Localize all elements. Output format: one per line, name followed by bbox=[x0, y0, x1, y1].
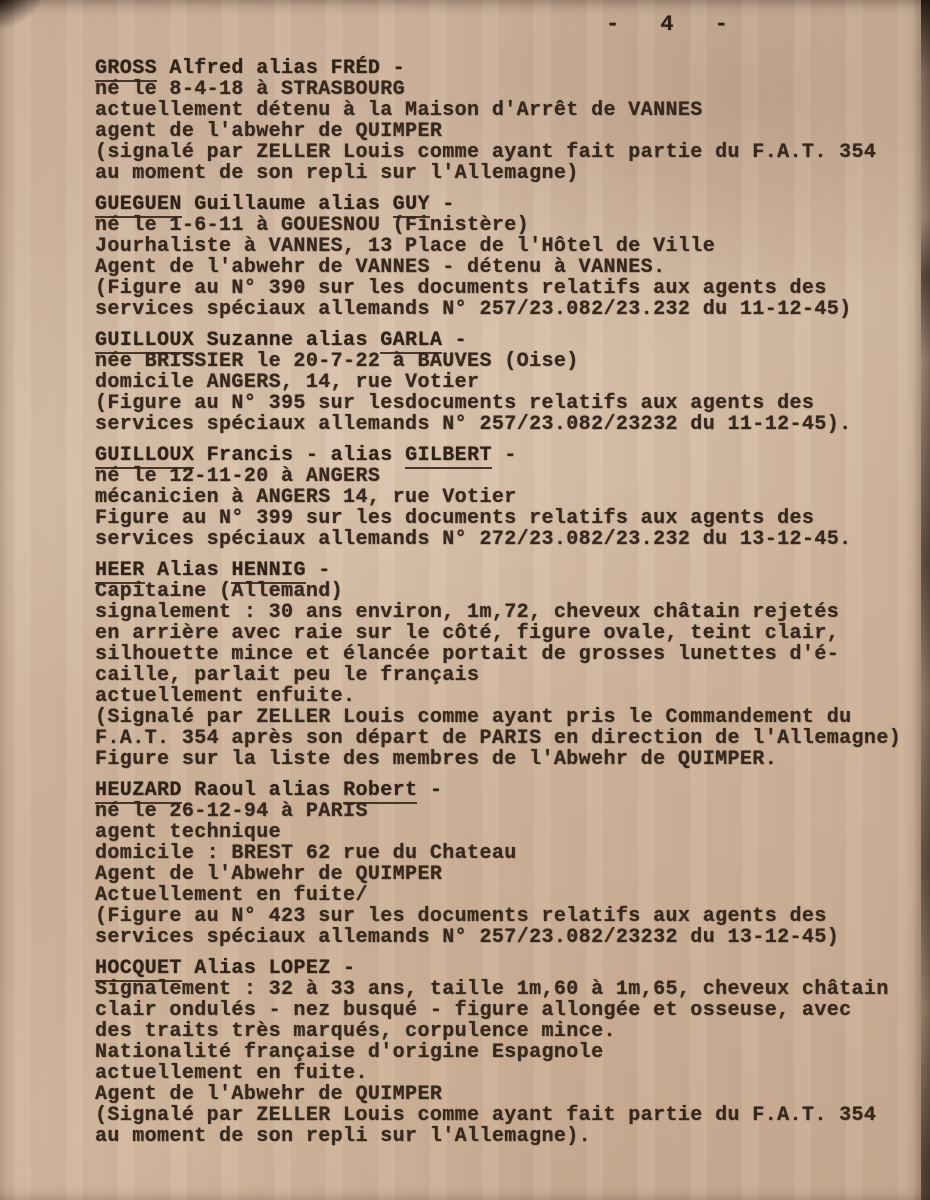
record-header-text: Suzanne alias bbox=[194, 329, 380, 352]
record-line: née BRISSIER le 20-7-22 à BAUVES (Oise) bbox=[95, 351, 915, 372]
record-line: signalement : 30 ans environ, 1m,72, che… bbox=[95, 602, 915, 623]
scan-edge-shadow bbox=[921, 0, 930, 1200]
record-line: Agent de l'abwehr de VANNES - détenu à V… bbox=[95, 257, 915, 278]
document-page: - 4 - GROSS Alfred alias FRÉD -né le 8-4… bbox=[0, 0, 930, 1200]
record-line: Figure sur la liste des membres de l'Abw… bbox=[95, 749, 915, 770]
record-section: HOCQUET Alias LOPEZ -Signalement : 32 à … bbox=[95, 958, 915, 1147]
record-line: F.A.T. 354 après son départ de PARIS en … bbox=[95, 728, 915, 749]
record-section: GUILLOUX Francis - alias GILBERT -né le … bbox=[95, 445, 915, 550]
record-header: HEUZARD Raoul alias Robert - bbox=[95, 780, 915, 801]
record-header-text: - bbox=[442, 329, 467, 352]
record-header-text: Alias LOPEZ - bbox=[182, 957, 356, 980]
record-header: GUILLOUX Suzanne alias GARLA - bbox=[95, 330, 915, 351]
record-line: domicile : BREST 62 rue du Chateau bbox=[95, 843, 915, 864]
records: GROSS Alfred alias FRÉD -né le 8-4-18 à … bbox=[95, 58, 915, 1157]
record-line: (Figure au N° 423 sur les documents rela… bbox=[95, 906, 915, 927]
record-header: GROSS Alfred alias FRÉD - bbox=[95, 58, 915, 79]
record-line: Agent de l'Abwehr de QUIMPER bbox=[95, 864, 915, 885]
record-line: clair ondulés - nez busqué - figure allo… bbox=[95, 1000, 915, 1021]
record-line: services spéciaux allemands N° 257/23.08… bbox=[95, 414, 915, 435]
record-section: HEER Alias HENNIG -Capitaine (Allemand)s… bbox=[95, 560, 915, 770]
record-line: Capitaine (Allemand) bbox=[95, 581, 915, 602]
record-line: actuellement en fuite. bbox=[95, 1063, 915, 1084]
record-line: en arrière avec raie sur le côté, figure… bbox=[95, 623, 915, 644]
record-section: HEUZARD Raoul alias Robert -né le 26-12-… bbox=[95, 780, 915, 948]
record-header-text: Alias bbox=[145, 559, 232, 582]
record-line: au moment de son repli sur l'Allemagne). bbox=[95, 1126, 915, 1147]
record-header: HOCQUET Alias LOPEZ - bbox=[95, 958, 915, 979]
record-line: Signalement : 32 à 33 ans, taille 1m,60 … bbox=[95, 979, 915, 1000]
record-line: né le 1-6-11 à GOUESNOU (Finistère) bbox=[95, 215, 915, 236]
record-line: (Figure au N° 390 sur les documents rela… bbox=[95, 278, 915, 299]
record-line: silhouette mince et élancée portait de g… bbox=[95, 644, 915, 665]
scan-corner-mark bbox=[0, 0, 48, 39]
record-line: services spéciaux allemands N° 257/23.08… bbox=[95, 299, 915, 320]
record-line: domicile ANGERS, 14, rue Votier bbox=[95, 372, 915, 393]
record-line: Jourhaliste à VANNES, 13 Place de l'Hôte… bbox=[95, 236, 915, 257]
record-line: né le 8-4-18 à STRASBOURG bbox=[95, 79, 915, 100]
page-number: - 4 - bbox=[606, 12, 742, 37]
record-line: actuellement enfuite. bbox=[95, 686, 915, 707]
record-header-text: - bbox=[306, 559, 331, 582]
record-header: GUILLOUX Francis - alias GILBERT - bbox=[95, 445, 915, 466]
record-header-text: Francis - alias bbox=[194, 444, 405, 467]
record-line: Nationalité française d'origine Espagnol… bbox=[95, 1042, 915, 1063]
record-section: GROSS Alfred alias FRÉD -né le 8-4-18 à … bbox=[95, 58, 915, 184]
record-line: Agent de l'Abwehr de QUIMPER bbox=[95, 1084, 915, 1105]
record-line: des traits très marqués, corpulence minc… bbox=[95, 1021, 915, 1042]
record-section: GUEGUEN Guillaume alias GUY -né le 1-6-1… bbox=[95, 194, 915, 320]
record-header-text: Raoul alias bbox=[182, 779, 343, 802]
record-line: Actuellement en fuite/ bbox=[95, 885, 915, 906]
record-line: (signalé par ZELLER Louis comme ayant fa… bbox=[95, 142, 915, 163]
record-line: (Signalé par ZELLER Louis comme ayant fa… bbox=[95, 1105, 915, 1126]
record-header-text: - bbox=[430, 193, 455, 216]
record-line: services spéciaux allemands N° 257/23.08… bbox=[95, 927, 915, 948]
record-header: GUEGUEN Guillaume alias GUY - bbox=[95, 194, 915, 215]
record-line: caille, parlait peu le français bbox=[95, 665, 915, 686]
record-name: GILBERT bbox=[405, 444, 492, 469]
record-line: (Figure au N° 395 sur lesdocuments relat… bbox=[95, 393, 915, 414]
record-section: GUILLOUX Suzanne alias GARLA -née BRISSI… bbox=[95, 330, 915, 435]
record-header-text: Guillaume alias bbox=[182, 193, 393, 216]
record-line: mécanicien à ANGERS 14, rue Votier bbox=[95, 487, 915, 508]
record-line: Figure au N° 399 sur les documents relat… bbox=[95, 508, 915, 529]
record-line: agent technique bbox=[95, 822, 915, 843]
record-line: au moment de son repli sur l'Allemagne) bbox=[95, 163, 915, 184]
record-line: services spéciaux allemands N° 272/23.08… bbox=[95, 529, 915, 550]
record-line: né le 26-12-94 à PARIS bbox=[95, 801, 915, 822]
record-header-text: Alfred alias FRÉD - bbox=[157, 57, 405, 80]
record-line: agent de l'abwehr de QUIMPER bbox=[95, 121, 915, 142]
record-header-text: - bbox=[492, 444, 517, 467]
record-header-text: - bbox=[417, 779, 442, 802]
record-line: (Signalé par ZELLER Louis comme ayant pr… bbox=[95, 707, 915, 728]
record-line: actuellement détenu à la Maison d'Arrêt … bbox=[95, 100, 915, 121]
record-header: HEER Alias HENNIG - bbox=[95, 560, 915, 581]
record-line: né le 12-11-20 à ANGERS bbox=[95, 466, 915, 487]
